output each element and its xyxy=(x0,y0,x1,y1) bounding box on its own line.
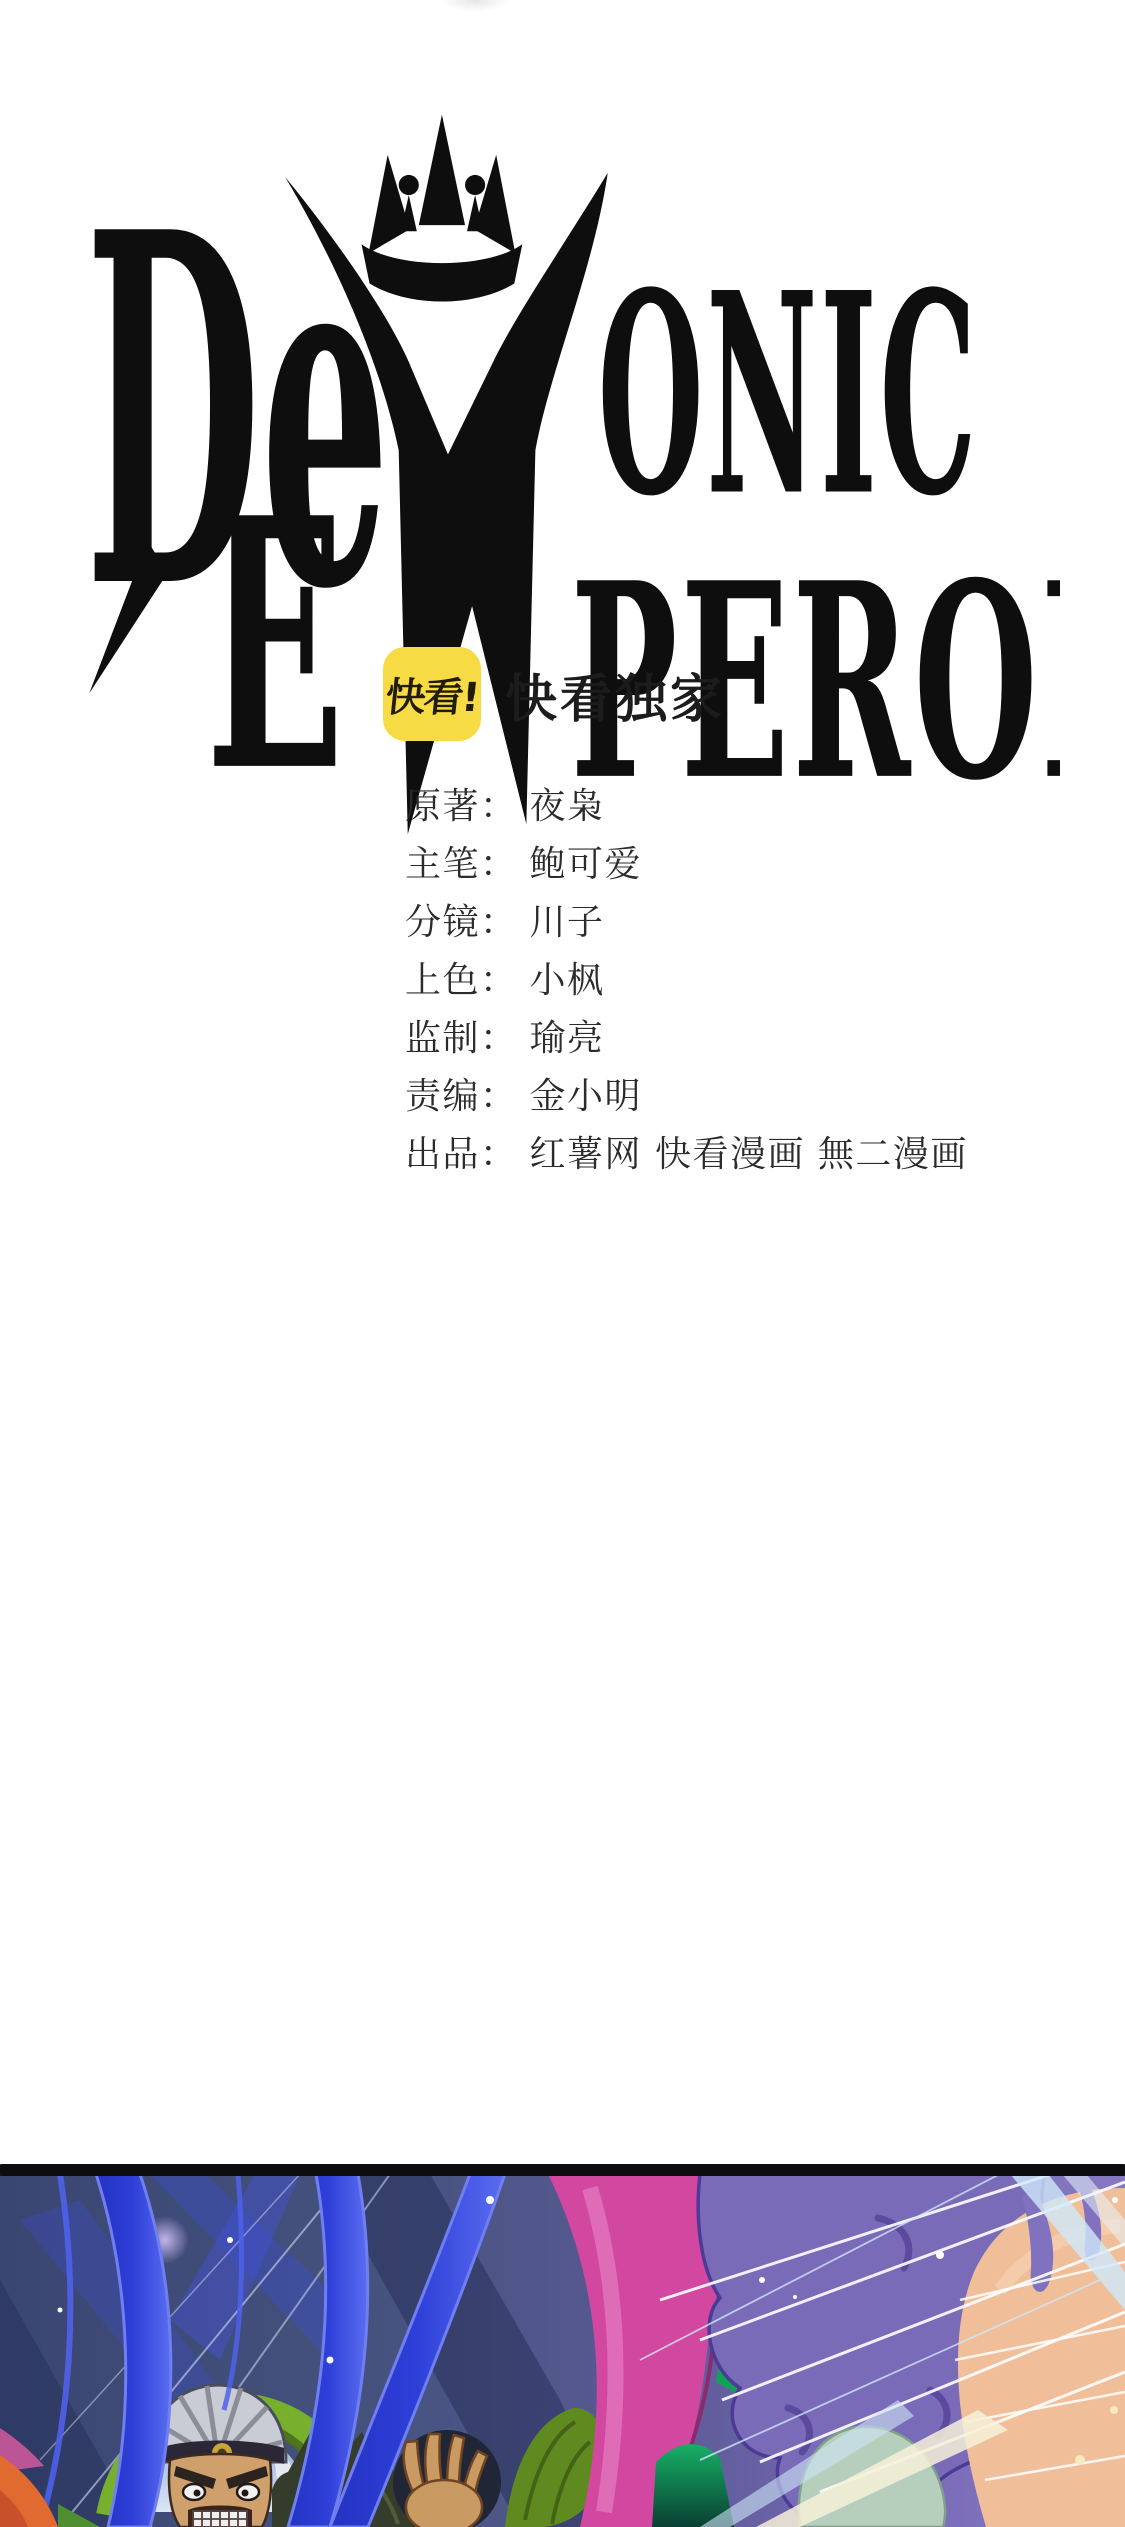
old-man-teeth xyxy=(188,2506,252,2527)
platform-exclusive-heading: 快看独家 xyxy=(505,657,725,732)
credit-value: 鲍可爱 xyxy=(530,844,643,885)
credit-row: 监制：瑜亮 xyxy=(405,1010,968,1068)
platform-row: 快看! 快看独家 xyxy=(383,646,725,742)
credit-label: 责编 xyxy=(405,1076,480,1117)
credit-row: 主笔：鲍可爱 xyxy=(405,836,968,894)
credit-row: 上色：小枫 xyxy=(405,952,968,1010)
credit-label: 出品 xyxy=(405,1134,480,1175)
credit-label: 监制 xyxy=(405,1018,480,1059)
comic-title-page: De ONIC E PEROR 快看! 快看独家 原著：夜枭 xyxy=(0,0,1125,2527)
credit-colon: ： xyxy=(480,1134,518,1175)
credit-value: 小枫 xyxy=(530,960,605,1001)
comic-panel-svg xyxy=(0,2160,1125,2527)
credit-value: 夜枭 xyxy=(530,786,605,827)
credit-row: 原著：夜枭 xyxy=(405,778,968,836)
logo-text-e: E xyxy=(206,443,345,847)
series-logo: De ONIC E PEROR xyxy=(55,108,1060,873)
credit-value: 川子 xyxy=(530,902,605,943)
credit-value: 红薯网 快看漫画 無二漫画 xyxy=(530,1134,968,1175)
credit-value: 瑜亮 xyxy=(530,1018,605,1059)
credit-colon: ： xyxy=(480,960,518,1001)
credit-row: 责编：金小明 xyxy=(405,1068,968,1126)
credit-colon: ： xyxy=(480,1018,518,1059)
page-artifact xyxy=(440,0,510,12)
credit-colon: ： xyxy=(480,902,518,943)
kuaikan-logo-badge: 快看! xyxy=(383,647,481,741)
panel-top-border xyxy=(0,2164,1125,2176)
credit-colon: ： xyxy=(480,844,518,885)
logo-text-onic: ONIC xyxy=(598,234,979,558)
series-logo-svg: De ONIC E PEROR xyxy=(55,108,1060,873)
peach-sparkle xyxy=(1110,2406,1118,2414)
kuaikan-badge-text: 快看! xyxy=(383,666,481,723)
credit-colon: ： xyxy=(480,786,518,827)
credit-value: 金小明 xyxy=(530,1076,643,1117)
credit-row: 出品：红薯网 快看漫画 無二漫画 xyxy=(405,1126,968,1184)
comic-panel xyxy=(0,2160,1125,2527)
credit-label: 分镜 xyxy=(405,902,480,943)
credit-row: 分镜：川子 xyxy=(405,894,968,952)
credit-label: 主笔 xyxy=(405,844,480,885)
peach-sparkle xyxy=(1075,2455,1085,2465)
credits-list: 原著：夜枭 主笔：鲍可爱 分镜：川子 上色：小枫 监制：瑜亮 责编：金小明 出品… xyxy=(405,778,968,1184)
credit-label: 上色 xyxy=(405,960,480,1001)
credit-colon: ： xyxy=(480,1076,518,1117)
credit-label: 原著 xyxy=(405,786,480,827)
